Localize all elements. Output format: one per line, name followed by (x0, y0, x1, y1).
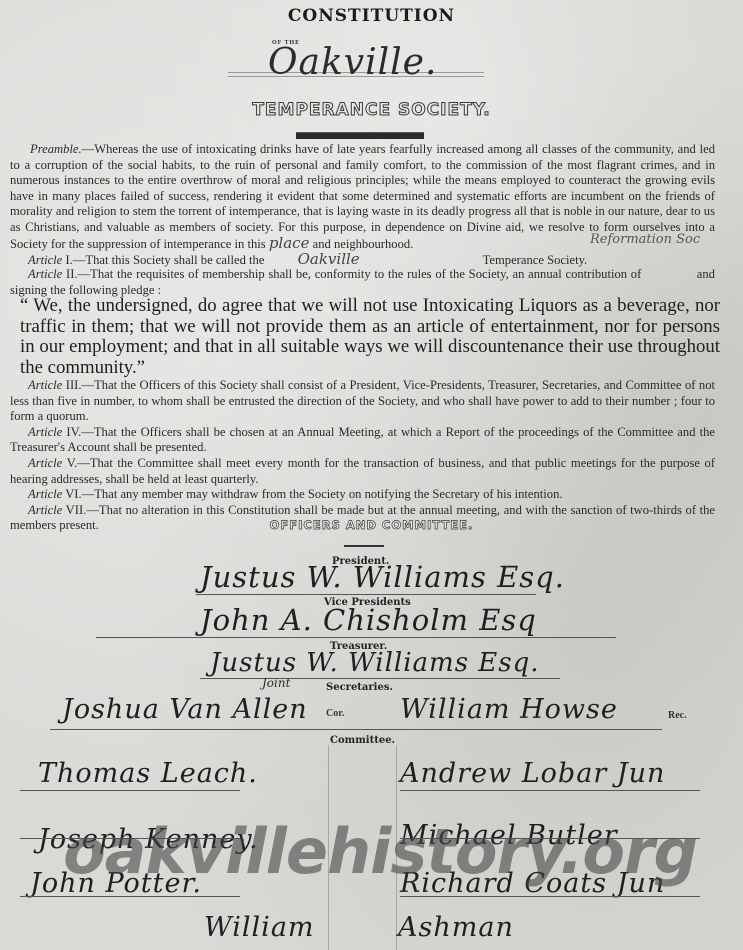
vice-president-line (96, 637, 616, 638)
article-2: Article II.—That the requisites of membe… (10, 267, 715, 298)
handwritten-town: Oakville (298, 250, 360, 268)
secretaries-line (50, 729, 662, 730)
committee-line (20, 790, 240, 791)
secretaries-label: Secretaries. (326, 682, 393, 693)
article-6: Article VI.—That any member may withdraw… (10, 487, 715, 503)
article-number: II. (66, 267, 78, 281)
committee-line (400, 838, 700, 839)
article-4: Article IV.—That the Officers shall be c… (10, 425, 715, 456)
article-text: —That the Committee shall meet every mon… (10, 456, 715, 486)
article-label: Article (28, 378, 62, 392)
article-number: III. (66, 378, 82, 392)
committee-line (400, 790, 700, 791)
committee-line (20, 896, 240, 897)
article-text: —That this Society shall be called the (73, 253, 265, 267)
articles-3-7: Article III.—That the Officers of this S… (10, 378, 715, 534)
committee-column-divider (328, 745, 329, 950)
pledge-text: “ We, the undersigned, do agree that we … (20, 296, 720, 378)
vice-president-signature: John A. Chisholm Esq (200, 603, 537, 637)
committee-member: Andrew Lobar Jun (400, 758, 665, 789)
article-text: —That the Officers shall be chosen at an… (10, 425, 715, 455)
article-number: V. (67, 456, 78, 470)
committee-member: William (204, 912, 315, 943)
article-number: I. (65, 253, 72, 267)
committee-member: John Potter. (30, 868, 202, 899)
secretary-cor-signature: Joshua Van Allen (62, 694, 308, 725)
handwritten-place: place (269, 234, 310, 252)
committee-line (20, 838, 240, 839)
article-text: —That any member may withdraw from the S… (82, 487, 563, 501)
article-label: Article (28, 253, 62, 267)
officers-divider (344, 545, 384, 547)
committee-member: Ashman (398, 912, 514, 943)
committee-member: Richard Coats Jun (400, 868, 665, 899)
committee-member: Michael Butler (400, 820, 618, 851)
article-label: Article (28, 487, 62, 501)
document-title: CONSTITUTION (0, 6, 743, 26)
article-label: Article (28, 503, 62, 517)
committee-label: Committee. (330, 735, 395, 746)
title-divider (296, 132, 424, 139)
article-3: Article III.—That the Officers of this S… (10, 378, 715, 425)
preamble-text-end: and neighbourhood. (313, 237, 414, 251)
committee-member: Thomas Leach. (38, 758, 258, 789)
rec-label: Rec. (668, 710, 687, 721)
secretary-rec-signature: William Howse (400, 694, 618, 725)
committee-member: Joseph Kenney. (38, 824, 259, 855)
cor-label: Cor. (326, 708, 344, 719)
committee-column-divider (396, 745, 397, 950)
joint-handwritten: Joint (262, 676, 290, 690)
preamble-label: Preamble. (30, 142, 82, 156)
article-label: Article (28, 425, 62, 439)
officers-heading: OFFICERS AND COMMITTEE. (0, 518, 743, 532)
article-text-after: Temperance Society. (483, 253, 588, 267)
treasurer-signature: Justus W. Williams Esq. (210, 648, 540, 678)
committee-line (400, 896, 700, 897)
article-label: Article (28, 267, 62, 281)
society-name: TEMPERANCE SOCIETY. (0, 100, 743, 120)
article-5: Article V.—That the Committee shall meet… (10, 456, 715, 487)
president-line (196, 594, 536, 595)
article-text: —That the requisites of membership shall… (78, 267, 642, 281)
town-name-handwritten: Oakville. (268, 42, 437, 83)
article-label: Article (28, 456, 62, 470)
article-number: VII. (66, 503, 87, 517)
treasurer-line (200, 678, 560, 679)
handwritten-margin-note: Reformation Soc (590, 232, 700, 247)
article-number: IV. (66, 425, 81, 439)
article-number: VI. (65, 487, 81, 501)
president-signature: Justus W. Williams Esq. (200, 560, 565, 594)
article-text: —That the Officers of this Society shall… (10, 378, 715, 423)
